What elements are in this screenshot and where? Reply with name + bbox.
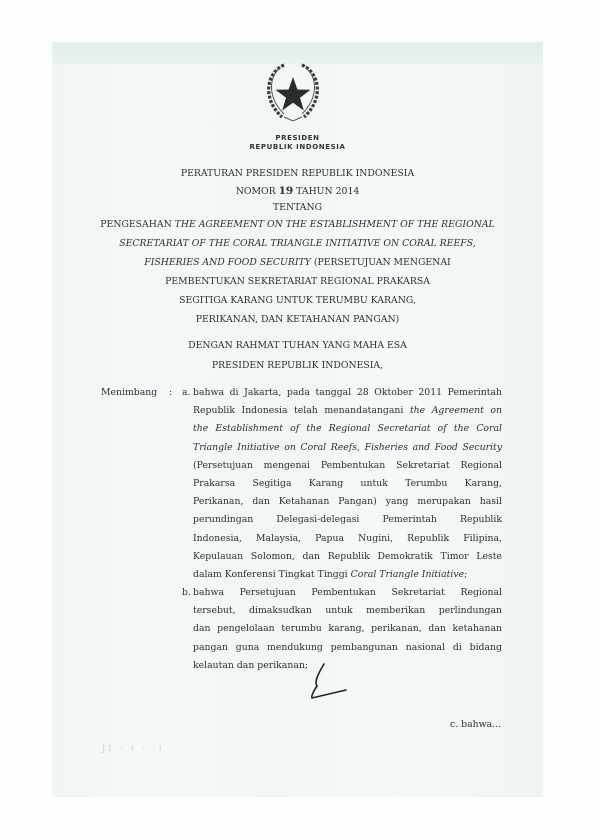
paragraph-line: the Establishment of the Regional Secret… — [193, 420, 502, 438]
paragraph-line: dan pengelolaan terumbu karang, perikana… — [193, 620, 502, 638]
paragraph-line: (Persetujuan mengenai Pembentukan Sekret… — [193, 457, 502, 475]
regulation-title: PERATURAN PRESIDEN REPUBLIK INDONESIA — [52, 168, 543, 180]
letterhead-republik-indonesia: REPUBLIK INDONESIA — [52, 143, 543, 151]
paragraph-line: dalam Konferensi Tingkat Tinggi Coral Tr… — [193, 566, 502, 584]
subject-line: PEMBENTUKAN SEKRETARIAT REGIONAL PRAKARS… — [52, 276, 543, 288]
paragraph-line: Triangle Initiative on Coral Reefs, Fish… — [193, 439, 502, 457]
paragraph-line: Kepulauan Solomon, dan Republik Demokrat… — [193, 548, 502, 566]
paragraph-line: perundingan Delegasi-delegasi Pemerintah… — [193, 511, 502, 529]
number-prefix: NOMOR — [236, 186, 276, 197]
item-b-marker: b. — [182, 587, 191, 598]
menimbang-label: Menimbang — [101, 387, 157, 398]
subject-line: PENGESAHAN THE AGREEMENT ON THE ESTABLIS… — [52, 219, 543, 231]
presidential-emblem-icon — [260, 59, 326, 125]
item-a-marker: a. — [182, 387, 191, 398]
year-label: TAHUN 2014 — [296, 186, 359, 197]
paragraph-line: Perikanan, dan Ketahanan Pangan) yang me… — [193, 493, 502, 511]
consideration-a: bahwa di Jakarta, pada tanggal 28 Oktobe… — [193, 384, 502, 584]
invocation: DENGAN RAHMAT TUHAN YANG MAHA ESA — [52, 340, 543, 352]
tentang-label: TENTANG — [52, 202, 543, 214]
paragraph-line: Indonesia, Malaysia, Papua Nugini, Repub… — [193, 530, 502, 548]
paragraph-line: bahwa di Jakarta, pada tanggal 28 Oktobe… — [193, 384, 502, 402]
number-value: 19 — [279, 185, 294, 197]
document-page: PRESIDEN REPUBLIK INDONESIA PERATURAN PR… — [52, 42, 543, 797]
continuation-text: c. bahwa... — [450, 719, 501, 730]
paragraph-line: pangan guna mendukung pembangunan nasion… — [193, 639, 502, 657]
faint-stamp: JI · i · :i · — [102, 744, 176, 753]
issuer: PRESIDEN REPUBLIK INDONESIA, — [52, 360, 543, 372]
letterhead-presiden: PRESIDEN — [52, 134, 543, 142]
subject-line: PERIKANAN, DAN KETAHANAN PANGAN) — [52, 314, 543, 326]
paragraph-line: Prakarsa Segitiga Karang untuk Terumbu K… — [193, 475, 502, 493]
regulation-number: NOMOR 19 TAHUN 2014 — [52, 185, 543, 198]
subject-line: SECRETARIAT OF THE CORAL TRIANGLE INITIA… — [52, 238, 543, 250]
paragraph-line: bahwa Persetujuan Pembentukan Sekretaria… — [193, 584, 502, 602]
paragraph-line: Republik Indonesia telah menandatangani … — [193, 402, 502, 420]
paraf-signature-icon — [310, 662, 360, 702]
paragraph-line: tersebut, dimaksudkan untuk memberikan p… — [193, 602, 502, 620]
menimbang-colon: : — [169, 387, 172, 398]
subject-line: FISHERIES AND FOOD SECURITY (PERSETUJUAN… — [52, 257, 543, 269]
subject-line: SEGITIGA KARANG UNTUK TERUMBU KARANG, — [52, 295, 543, 307]
